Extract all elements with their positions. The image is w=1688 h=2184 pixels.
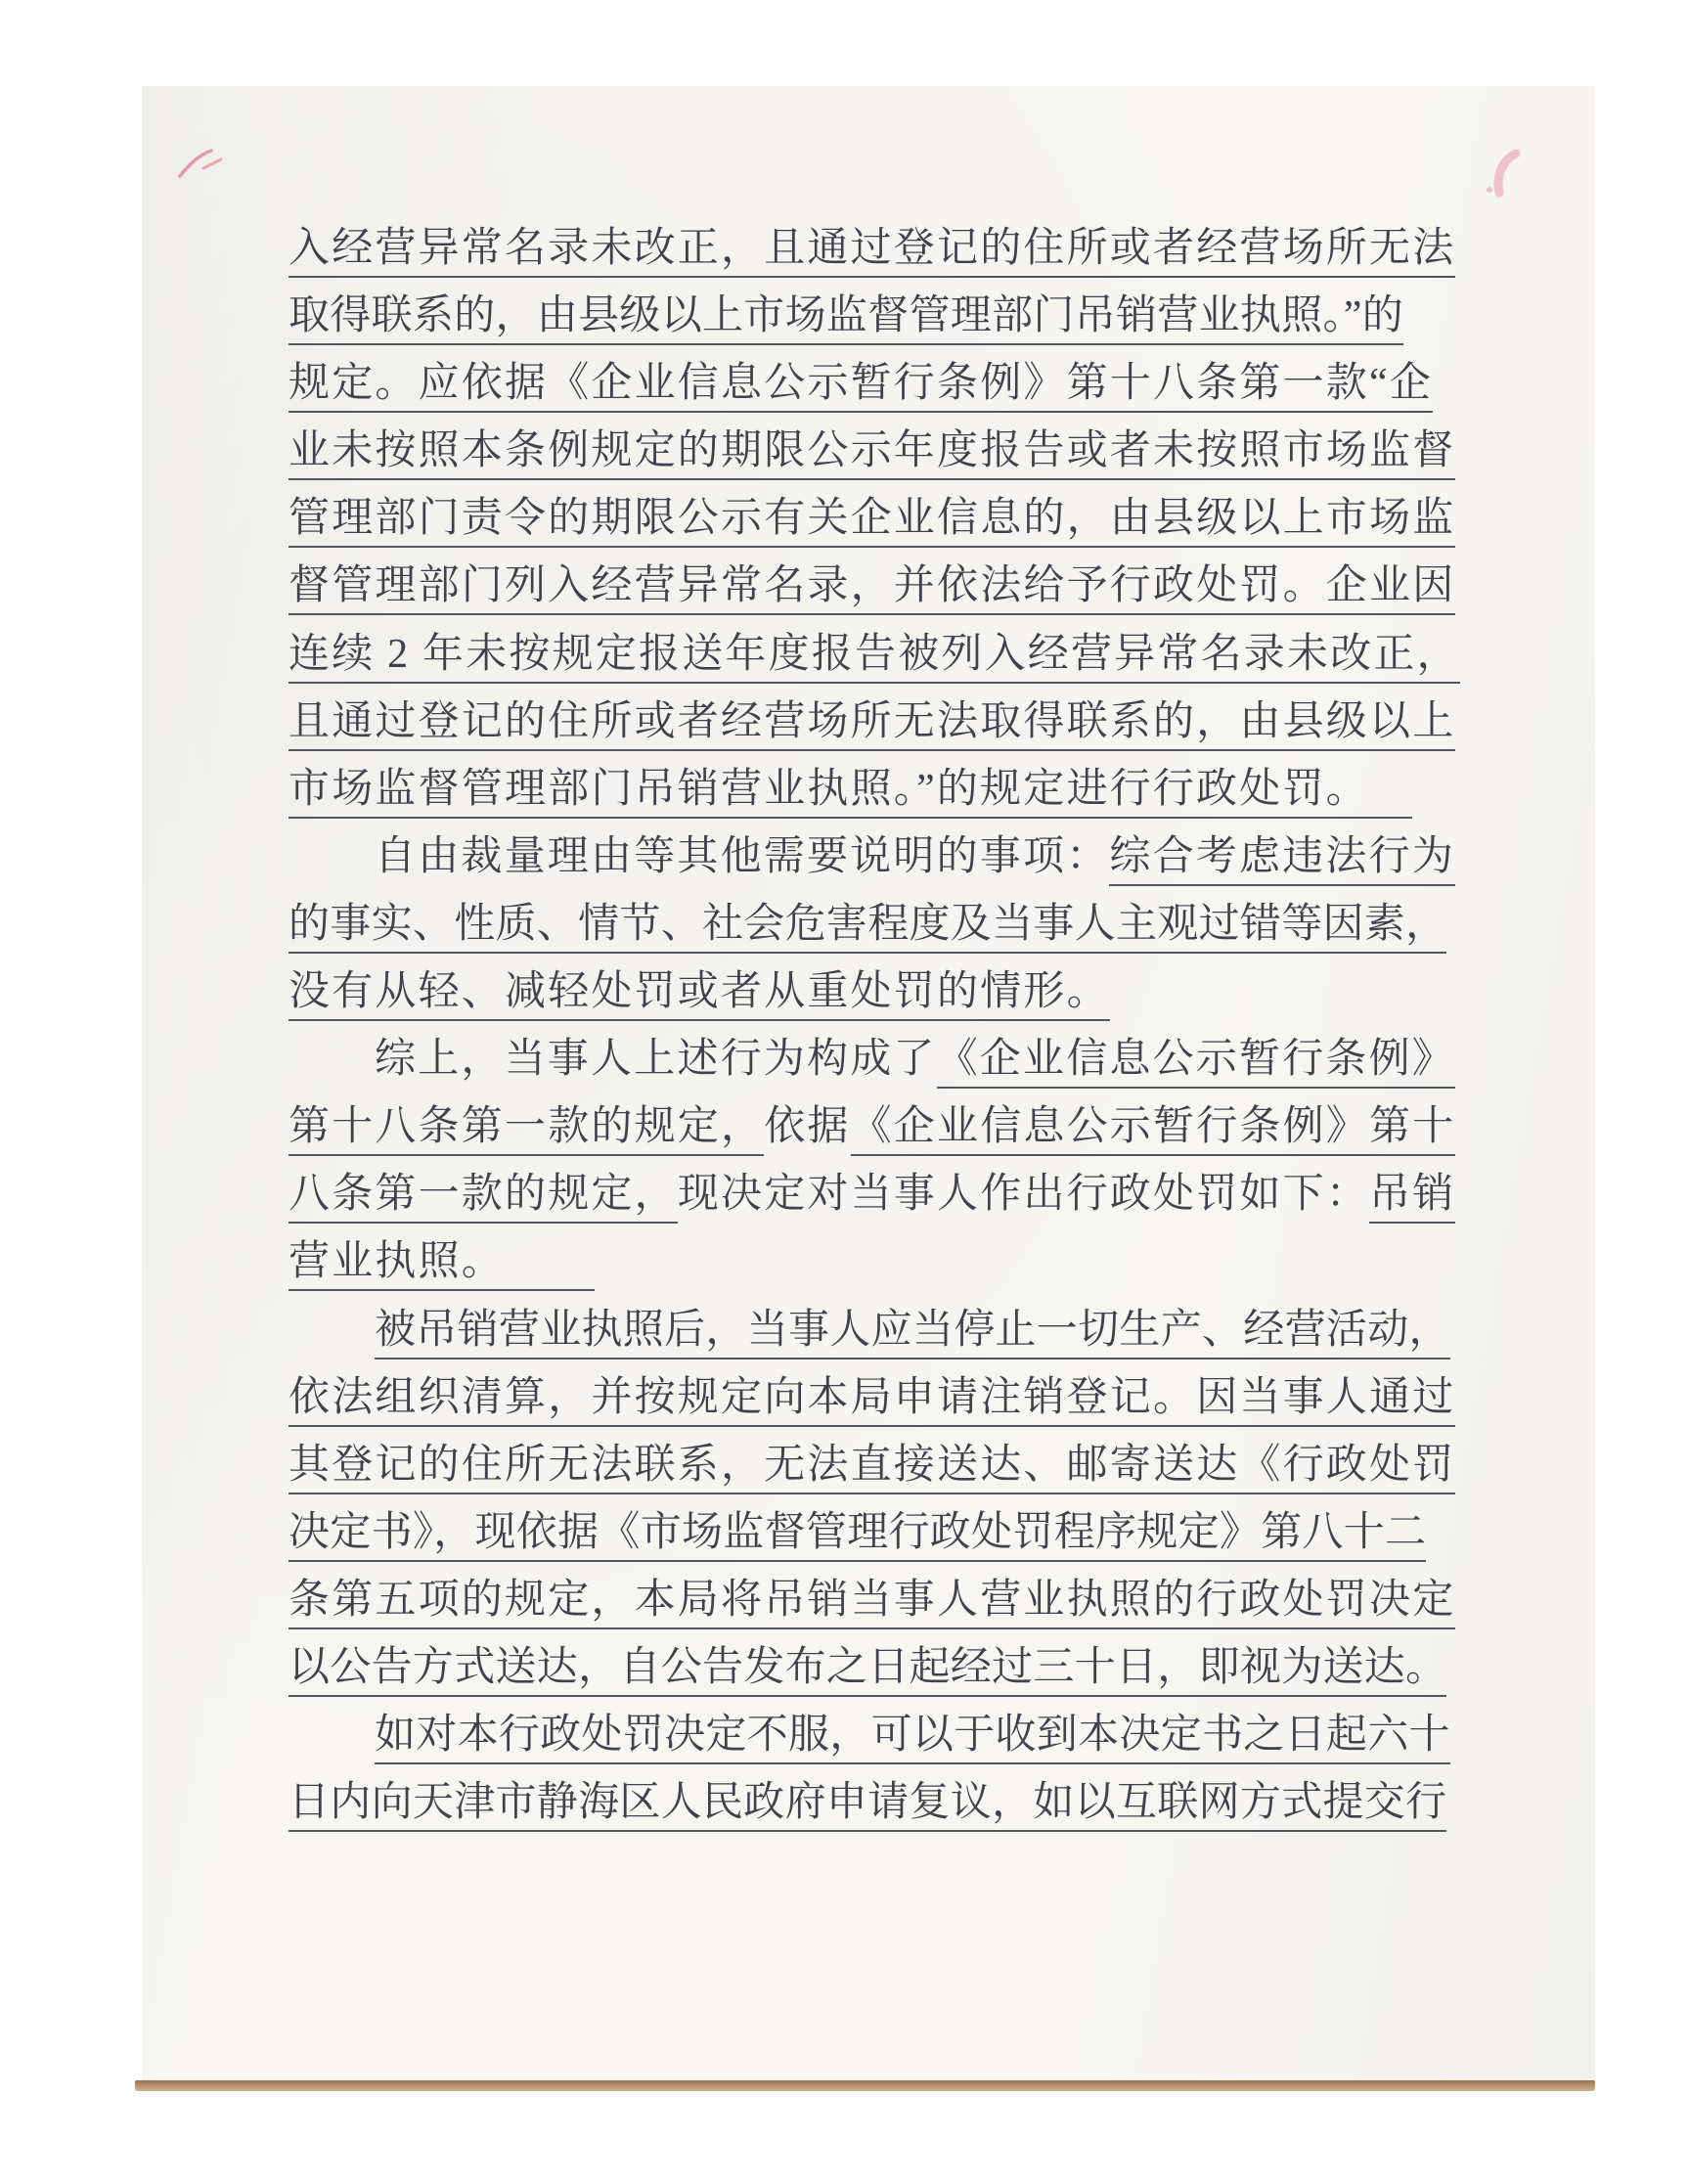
underlined-text — [505, 1237, 595, 1291]
document-line: 的事实、性质、情节、社会危害程度及当事人主观过错等因素， — [289, 900, 1501, 967]
underlined-text: 依法组织清算，并按规定向本局申请注销登记。因当事人通过 — [289, 1373, 1455, 1427]
document-line: 管理部门责令的期限公示有关企业信息的，由县级以上市场监 — [289, 494, 1501, 561]
document-line: 自由裁量理由等其他需要说明的事项：综合考虑违法行为 — [289, 832, 1501, 900]
plain-text: 现决定对当事人作出行政处罚如下： — [678, 1170, 1369, 1222]
underlined-text: 没有从轻、减轻处罚或者从重处罚的情形。 — [289, 967, 1110, 1021]
plain-text: 依据 — [764, 1102, 850, 1154]
document-line: 督管理部门列入经营异常名录，并依法给予行政处罚。企业因 — [289, 561, 1501, 629]
document-line: 入经营异常名录未改正，且通过登记的住所或者经营场所无法 — [289, 224, 1501, 291]
document-line: 日内向天津市静海区人民政府申请复议，如以互联网方式提交行 — [289, 1778, 1501, 1846]
underlined-text: 以公告方式送达，自公告发布之日起经过三十日，即视为送达。 — [289, 1643, 1446, 1697]
document-text: 入经营异常名录未改正，且通过登记的住所或者经营场所无法取得联系的，由县级以上市场… — [289, 224, 1501, 1846]
red-pen-mark-icon — [172, 141, 233, 189]
underlined-text: 且通过登记的住所或者经营场所无法取得联系的，由县级以上 — [289, 697, 1455, 751]
underlined-text: 第十八条第一款的规定， — [289, 1102, 764, 1156]
underlined-text: 连续 2 年未按规定报送年度报告被列入经营异常名录未改正， — [289, 630, 1460, 684]
document-line: 营业执照。 — [289, 1237, 1501, 1305]
underlined-text: 规定。应依据《企业信息公示暂行条例》第十八条第一款“企 — [289, 359, 1433, 413]
underlined-text: 被吊销营业执照后，当事人应当停止一切生产、经营活动， — [375, 1306, 1450, 1359]
underlined-text: 吊销 — [1369, 1170, 1455, 1224]
underlined-text: 管理部门责令的期限公示有关企业信息的，由县级以上市场监 — [289, 494, 1455, 548]
underlined-text: 《企业信息公示暂行条例》第十 — [851, 1102, 1456, 1156]
underlined-text: 的事实、性质、情节、社会危害程度及当事人主观过错等因素， — [289, 900, 1446, 954]
document-line: 综上，当事人上述行为构成了《企业信息公示暂行条例》 — [289, 1035, 1501, 1102]
underlined-text: 决定书》，现依据《市场监督管理行政处罚程序规定》第八十二 — [289, 1508, 1426, 1562]
underlined-text: 八条第一款的规定， — [289, 1170, 678, 1224]
scanned-document-page: { "colors": { "background": "#ffffff", "… — [0, 0, 1688, 2184]
document-line: 决定书》，现依据《市场监督管理行政处罚程序规定》第八十二 — [289, 1508, 1501, 1576]
underlined-text: 如对本行政处罚决定不服，可以于收到本决定书之日起六十 — [375, 1711, 1450, 1764]
document-line: 被吊销营业执照后，当事人应当停止一切生产、经营活动， — [289, 1306, 1501, 1373]
underlined-text: 业未按照本条例规定的期限公示年度报告或者未按照市场监督 — [289, 426, 1455, 480]
document-line: 业未按照本条例规定的期限公示年度报告或者未按照市场监督 — [289, 426, 1501, 494]
underlined-text: 市场监督管理部门吊销营业执照。”的规定进行行政处罚。 — [289, 765, 1369, 819]
document-line: 规定。应依据《企业信息公示暂行条例》第十八条第一款“企 — [289, 359, 1501, 426]
document-line: 其登记的住所无法联系，无法直接送达、邮寄送达《行政处罚 — [289, 1441, 1501, 1508]
document-line: 八条第一款的规定，现决定对当事人作出行政处罚如下：吊销 — [289, 1170, 1501, 1237]
paper-bottom-edge — [135, 2080, 1595, 2091]
underlined-text: 入经营异常名录未改正，且通过登记的住所或者经营场所无法 — [289, 224, 1455, 278]
underlined-text: 取得联系的，由县级以上市场监督管理部门吊销营业执照。”的 — [289, 291, 1403, 345]
underlined-text: 条第五项的规定，本局将吊销当事人营业执照的行政处罚决定 — [289, 1576, 1455, 1629]
document-line: 没有从轻、减轻处罚或者从重处罚的情形。 — [289, 967, 1501, 1035]
document-line: 市场监督管理部门吊销营业执照。”的规定进行行政处罚。 — [289, 765, 1501, 832]
underlined-text — [1369, 765, 1412, 819]
document-line: 依法组织清算，并按规定向本局申请注销登记。因当事人通过 — [289, 1373, 1501, 1441]
document-line: 条第五项的规定，本局将吊销当事人营业执照的行政处罚决定 — [289, 1576, 1501, 1643]
underlined-text: 综合考虑违法行为 — [1109, 832, 1455, 886]
document-line: 第十八条第一款的规定，依据《企业信息公示暂行条例》第十 — [289, 1102, 1501, 1170]
document-line: 以公告方式送达，自公告发布之日起经过三十日，即视为送达。 — [289, 1643, 1501, 1711]
document-line: 取得联系的，由县级以上市场监督管理部门吊销营业执照。”的 — [289, 291, 1501, 359]
underlined-text: 日内向天津市静海区人民政府申请复议，如以互联网方式提交行 — [289, 1778, 1446, 1832]
document-line: 且通过登记的住所或者经营场所无法取得联系的，由县级以上 — [289, 697, 1501, 765]
underlined-text: 营业执照。 — [289, 1237, 505, 1291]
pink-pen-mark-icon — [1483, 150, 1530, 205]
underlined-text: 《企业信息公示暂行条例》 — [937, 1035, 1455, 1089]
document-line: 连续 2 年未按规定报送年度报告被列入经营异常名录未改正， — [289, 630, 1501, 697]
underlined-text: 督管理部门列入经营异常名录，并依法给予行政处罚。企业因 — [289, 561, 1455, 615]
underlined-text: 其登记的住所无法联系，无法直接送达、邮寄送达《行政处罚 — [289, 1441, 1455, 1494]
plain-text: 自由裁量理由等其他需要说明的事项： — [375, 832, 1109, 884]
plain-text: 综上，当事人上述行为构成了 — [375, 1035, 937, 1087]
document-line: 如对本行政处罚决定不服，可以于收到本决定书之日起六十 — [289, 1711, 1501, 1778]
